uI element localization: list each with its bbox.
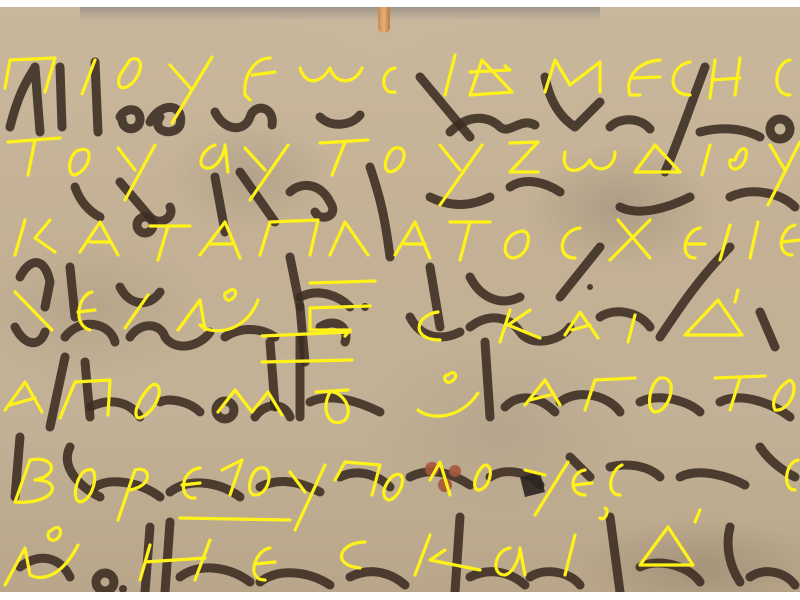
transcription-line-2 bbox=[8, 138, 800, 205]
transcription-line-5 bbox=[5, 360, 794, 423]
transcription-line-3 bbox=[15, 220, 800, 260]
manuscript-parchment: ΠΙΟΥΕΩϹ ΙΔ̄ ΜΕϹΗϹ ΤΟΥ ΑΥ ΤΟΥ ΖΩΔΙΟΥ ΚΑΤΑ… bbox=[0, 7, 800, 592]
transcription-line-7 bbox=[5, 510, 700, 585]
greek-transcription-overlay bbox=[0, 7, 800, 592]
transcription-line-6 bbox=[15, 459, 798, 530]
image-frame: ΠΙΟΥΕΩϹ ΙΔ̄ ΜΕϹΗϹ ΤΟΥ ΑΥ ΤΟΥ ΖΩΔΙΟΥ ΚΑΤΑ… bbox=[0, 0, 800, 600]
transcription-line-4 bbox=[15, 281, 742, 342]
transcription-line-1 bbox=[5, 55, 790, 123]
